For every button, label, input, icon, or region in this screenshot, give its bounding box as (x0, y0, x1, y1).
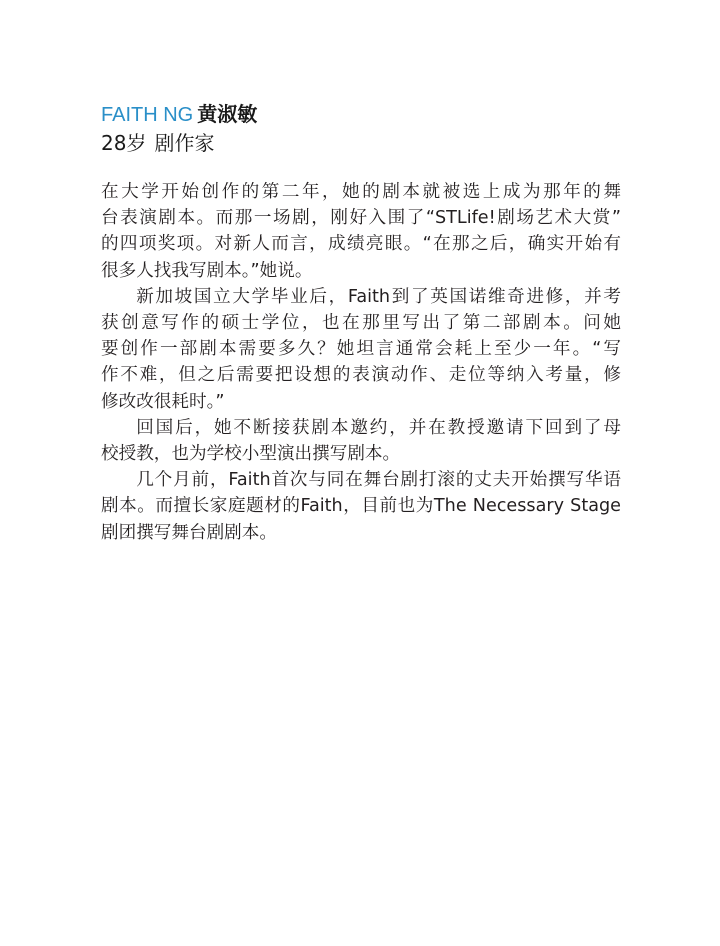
paragraph-3: 回国后，她不断接获剧本邀约，并在教授邀请下回到了母 校授教，也为学校小型演出撰写… (101, 415, 621, 467)
text-line: 剧团撰写舞台剧剧本。 (101, 520, 621, 546)
name-english: FAITH NG (101, 104, 193, 126)
text-line: 几个月前，Faith首次与同在舞台剧打滚的丈夫开始撰写华语 (101, 467, 621, 493)
text-line: 的四项奖项。对新人而言，成绩亮眼。“在那之后，确实开始有 (101, 231, 621, 257)
text-line: 回国后，她不断接获剧本邀约，并在教授邀请下回到了母 (101, 415, 621, 441)
paragraph-4: 几个月前，Faith首次与同在舞台剧打滚的丈夫开始撰写华语 剧本。而擅长家庭题材… (101, 467, 621, 546)
text-line: 剧本。而擅长家庭题材的Faith，目前也为The Necessary Stage (101, 493, 621, 519)
text-line: 台表演剧本。而那一场剧，刚好入围了“STLife!剧场艺术大赏” (101, 205, 621, 231)
text-line: 要创作一部剧本需要多久？她坦言通常会耗上至少一年。“写 (101, 336, 621, 362)
age-label: 28岁 (101, 131, 146, 155)
text-line: 作不难，但之后需要把设想的表演动作、走位等纳入考量，修 (101, 362, 621, 388)
text-line: 获创意写作的硕士学位，也在那里写出了第二部剧本。问她 (101, 310, 621, 336)
text-line: 新加坡国立大学毕业后，Faith到了英国诺维奇进修，并考 (101, 284, 621, 310)
article-body: 在大学开始创作的第二年，她的剧本就被选上成为那年的舞 台表演剧本。而那一场剧，刚… (101, 179, 621, 546)
name-chinese: 黄淑敏 (197, 102, 257, 126)
name-line: FAITH NG黄淑敏 (101, 101, 257, 128)
text-line: 很多人找我写剧本。”她说。 (101, 258, 621, 284)
text-line: 在大学开始创作的第二年，她的剧本就被选上成为那年的舞 (101, 179, 621, 205)
text-line: 校授教，也为学校小型演出撰写剧本。 (101, 441, 621, 467)
paragraph-1: 在大学开始创作的第二年，她的剧本就被选上成为那年的舞 台表演剧本。而那一场剧，刚… (101, 179, 621, 284)
text-line: 修改改很耗时。” (101, 389, 621, 415)
occupation-label: 剧作家 (154, 131, 214, 155)
paragraph-2: 新加坡国立大学毕业后，Faith到了英国诺维奇进修，并考 获创意写作的硕士学位，… (101, 284, 621, 415)
subtitle-line: 28岁剧作家 (101, 130, 257, 156)
profile-header: FAITH NG黄淑敏 28岁剧作家 (101, 101, 257, 156)
